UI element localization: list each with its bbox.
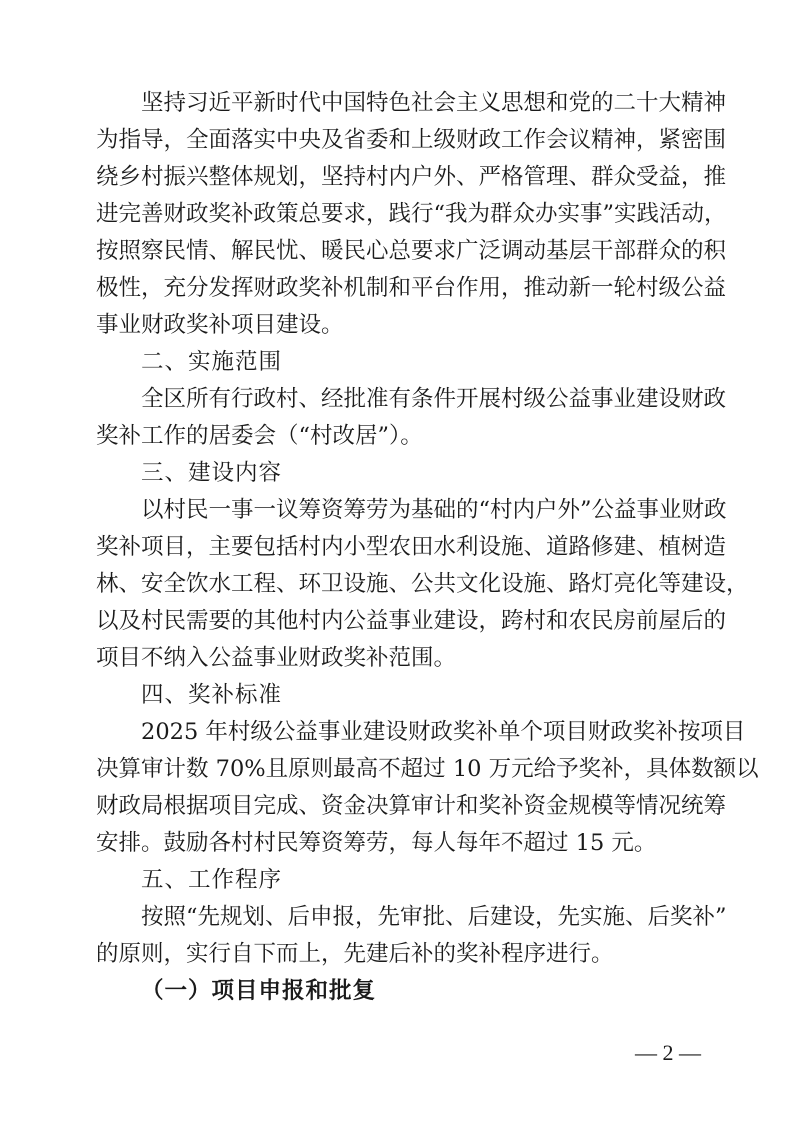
paragraph-line: 林、安全饮水工程、环卫设施、公共文化设施、路灯亮化等建设， [96,566,700,603]
paragraph-line: 决算审计数 70%且原则最高不超过 10 万元给予奖补，具体数额以 [96,751,700,788]
subsection-heading-application: （一）项目申报和批复 [96,973,700,1010]
paragraph-line: 绕乡村振兴整体规划，坚持村内户外、严格管理、群众受益，推 [96,159,700,196]
paragraph-line: 进完善财政奖补政策总要求，践行“我为群众办实事”实践活动， [96,196,700,233]
paragraph-line: 安排。鼓励各村村民筹资筹劳，每人每年不超过 15 元。 [96,825,700,862]
paragraph-line: 奖补项目，主要包括村内小型农田水利设施、道路修建、植树造 [96,529,700,566]
paragraph-line: 为指导，全面落实中央及省委和上级财政工作会议精神，紧密围 [96,122,700,159]
section-heading-scope: 二、实施范围 [96,344,700,381]
section-heading-procedure: 五、工作程序 [96,862,700,899]
page-number: — 2 — [628,1040,708,1066]
paragraph-line: 项目不纳入公益事业财政奖补范围。 [96,640,700,677]
section-heading-content: 三、建设内容 [96,455,700,492]
paragraph-line: 极性，充分发挥财政奖补机制和平台作用，推动新一轮村级公益 [96,270,700,307]
paragraph-line: 按照察民情、解民忧、暖民心总要求广泛调动基层干部群众的积 [96,233,700,270]
paragraph-line: 以村民一事一议筹资筹劳为基础的“村内户外”公益事业财政 [96,492,700,529]
paragraph-line: 全区所有行政村、经批准有条件开展村级公益事业建设财政 [96,381,700,418]
paragraph-line: 坚持习近平新时代中国特色社会主义思想和党的二十大精神 [96,85,700,122]
section-heading-standard: 四、奖补标准 [96,677,700,714]
document-page: 坚持习近平新时代中国特色社会主义思想和党的二十大精神 为指导，全面落实中央及省委… [96,85,700,1010]
paragraph-line: 奖补工作的居委会（“村改居”）。 [96,418,700,455]
paragraph-line: 财政局根据项目完成、资金决算审计和奖补资金规模等情况统筹 [96,788,700,825]
paragraph-line: 2025 年村级公益事业建设财政奖补单个项目财政奖补按项目 [96,714,700,751]
paragraph-line: 的原则，实行自下而上，先建后补的奖补程序进行。 [96,936,700,973]
paragraph-line: 按照“先规划、后申报，先审批、后建设，先实施、后奖补” [96,899,700,936]
paragraph-line: 以及村民需要的其他村内公益事业建设，跨村和农民房前屋后的 [96,603,700,640]
paragraph-line: 事业财政奖补项目建设。 [96,307,700,344]
